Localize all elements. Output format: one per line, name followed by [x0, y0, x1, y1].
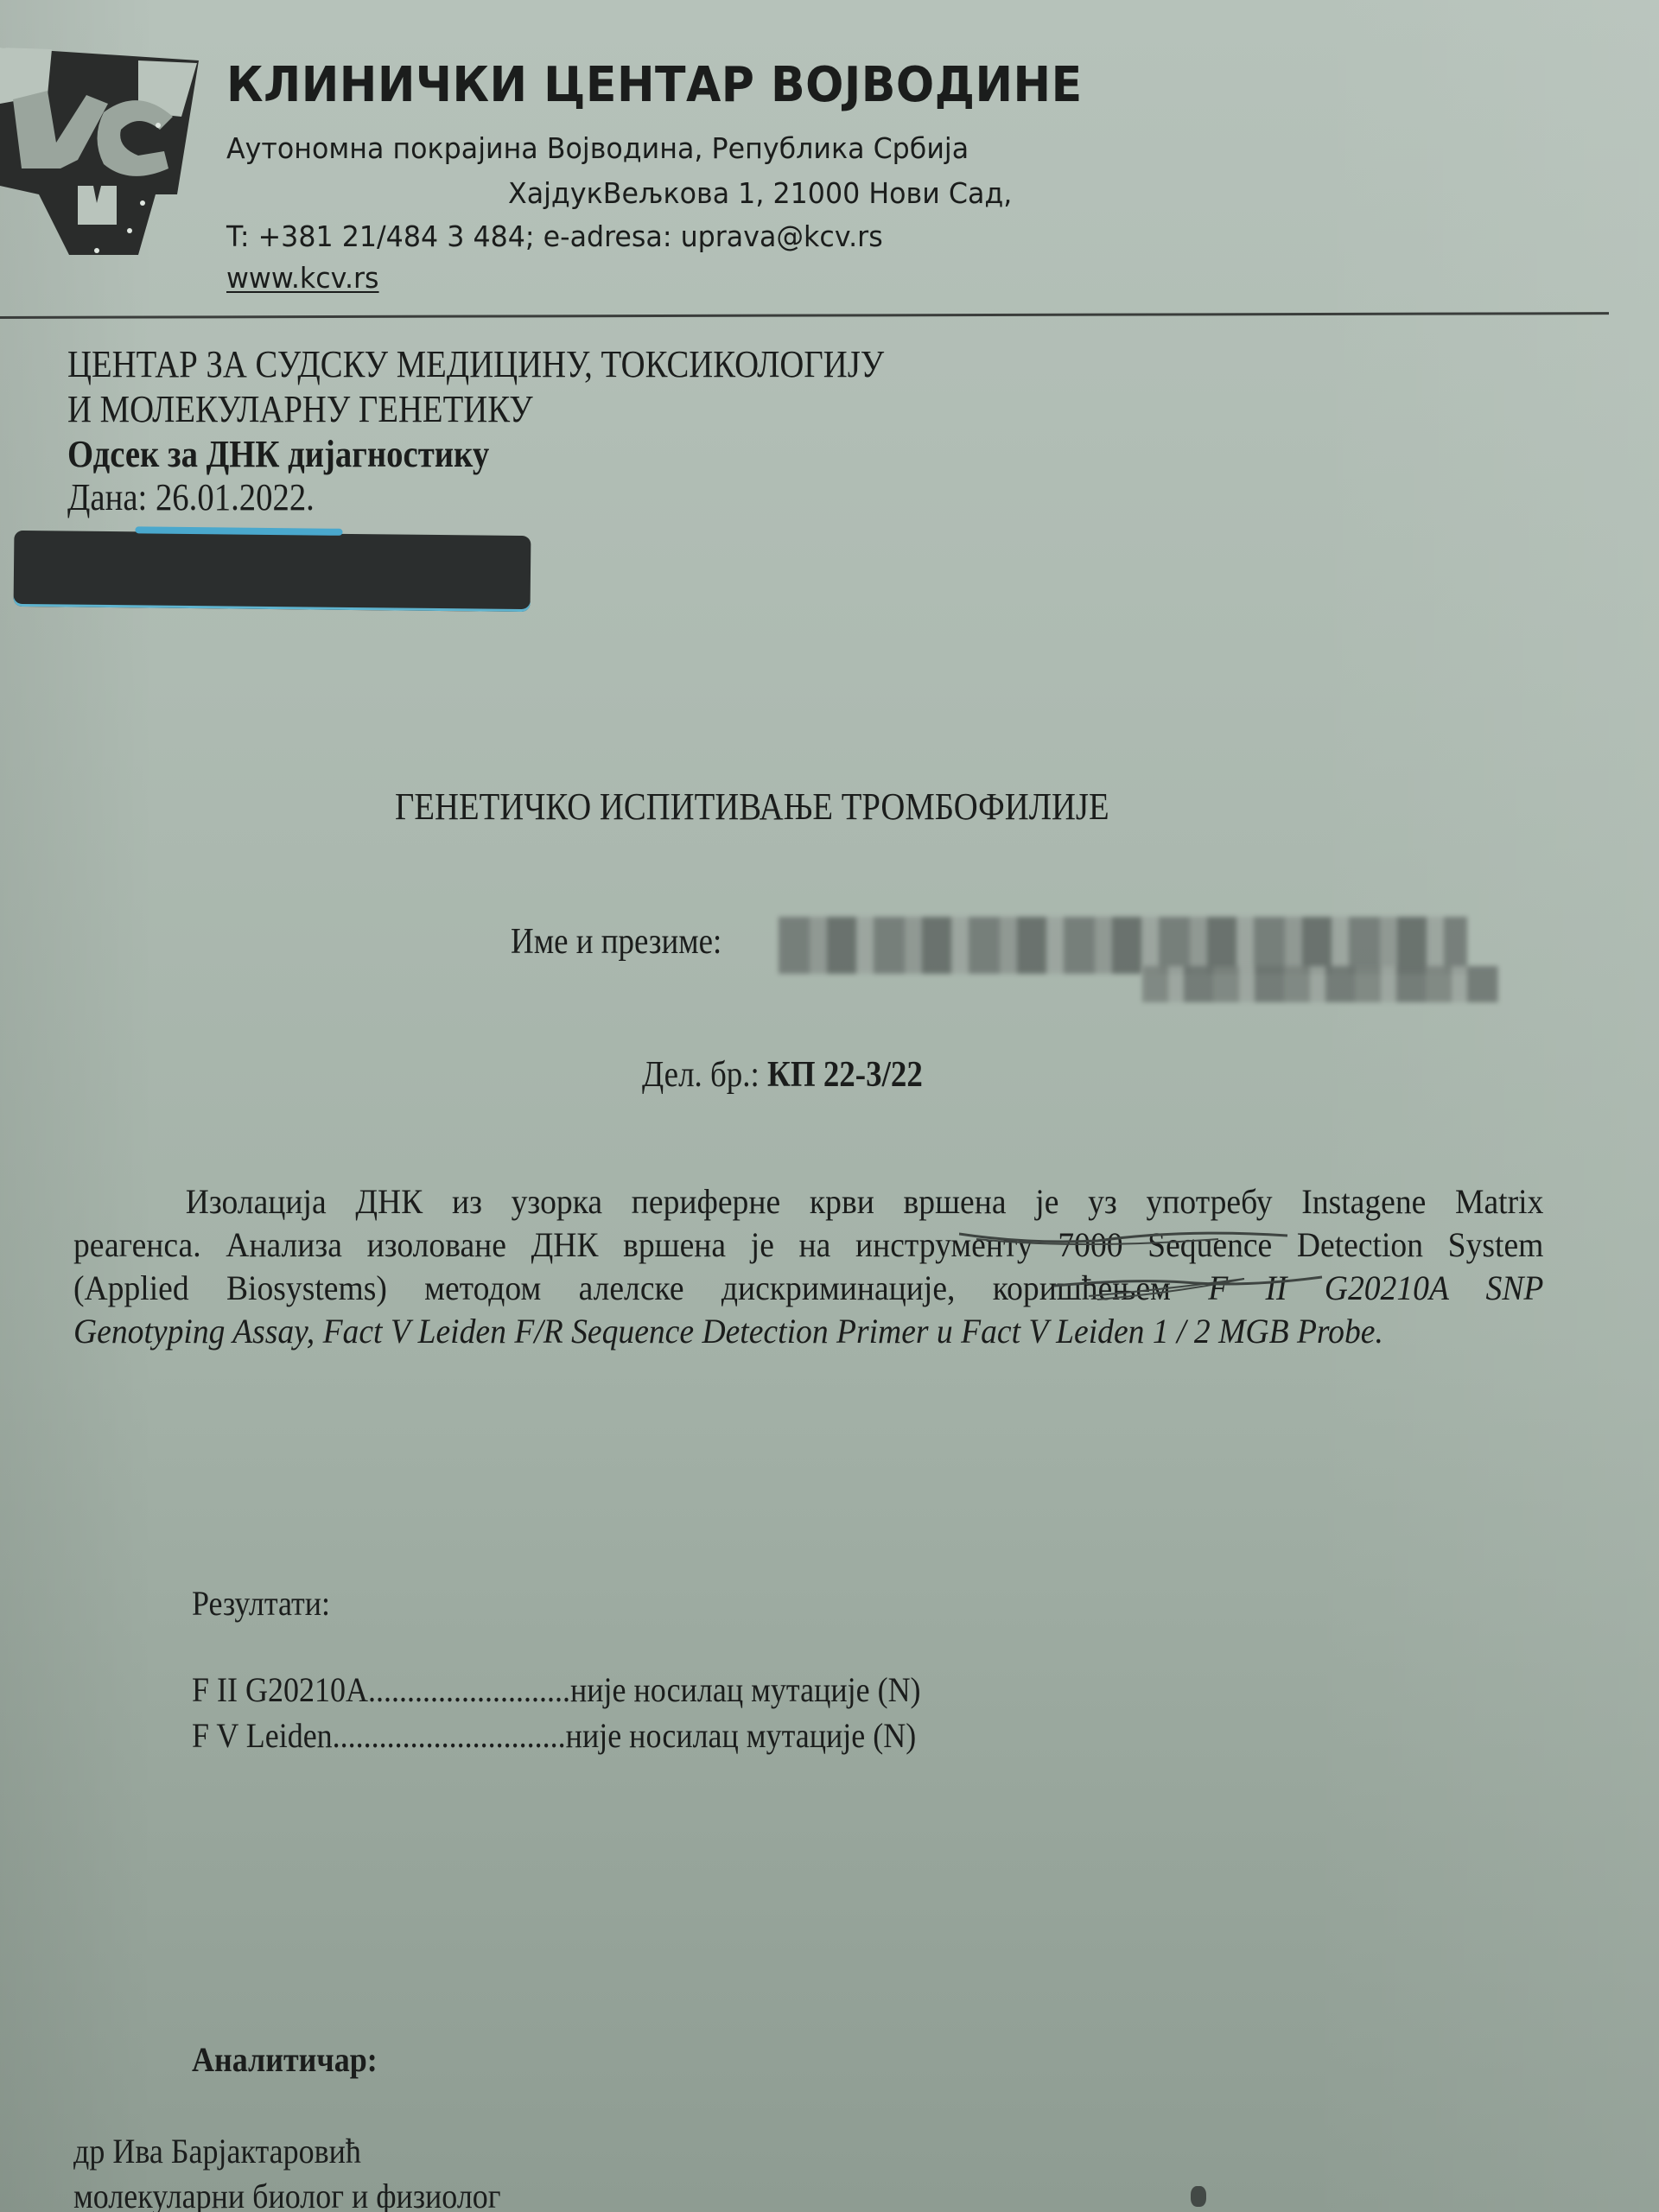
- paper-shadow-left: [0, 0, 156, 2212]
- department-line-1: ЦЕНТАР ЗА СУДСКУ МЕДИЦИНУ, ТОКСИКОЛОГИЈУ: [67, 342, 884, 386]
- pen-underline-scribble: [959, 1210, 1408, 1313]
- result-row: F II G20210A..........................ни…: [192, 1669, 921, 1710]
- document-title: ГЕНЕТИЧКО ИСПИТИВАЊЕ ТРОМБОФИЛИЈЕ: [395, 785, 1109, 829]
- method-line-4-assay: Genotyping Assay, Fact V Leiden F/R Sequ…: [73, 1312, 1383, 1351]
- analyst-label: Аналитичар:: [192, 2039, 378, 2080]
- result-marker: F II G20210A: [192, 1670, 368, 1709]
- case-number-line: Дел. бр.: КП 22-3/22: [642, 1054, 923, 1096]
- method-line-4: Genotyping Assay, Fact V Leiden F/R Sequ…: [73, 1310, 1543, 1353]
- contact-line: T: +381 21/484 3 484; e-adresa: uprava@k…: [226, 219, 883, 253]
- analyst-name: др Ива Барјактаровић: [73, 2131, 361, 2171]
- result-leader-dots: ..........................: [368, 1670, 570, 1709]
- result-value: није носилац мутације (N): [570, 1670, 921, 1709]
- region-line: Аутономна покрајина Војводина, Република…: [226, 131, 969, 165]
- paper-highlight-right: [1296, 0, 1659, 2212]
- institution-name: КЛИНИЧКИ ЦЕНТАР ВОЈВОДИНЕ: [226, 57, 1083, 113]
- date-line: Дана: 26.01.2022.: [67, 475, 315, 519]
- kcv-logo-icon: [0, 22, 199, 259]
- analyst-role: молекуларни биолог и физиолог: [73, 2176, 501, 2212]
- website-link[interactable]: www.kcv.rs: [226, 261, 379, 295]
- name-label: Име и презиме:: [511, 921, 721, 963]
- result-leader-dots: ..............................: [333, 1716, 566, 1755]
- section-name: Одсек за ДНК дијагностику: [67, 432, 489, 476]
- redacted-marker-block: [14, 531, 531, 612]
- address-line: ХајдукВељкова 1, 21000 Нови Сад,: [508, 176, 1012, 210]
- case-number: КП 22-3/22: [767, 1055, 923, 1095]
- ink-speck: [1191, 2186, 1206, 2207]
- result-marker: F V Leiden: [192, 1716, 333, 1755]
- case-label: Дел. бр.:: [642, 1055, 760, 1095]
- result-row: F V Leiden..............................…: [192, 1715, 916, 1756]
- results-label: Резултати:: [192, 1583, 330, 1624]
- department-line-2: И МОЛЕКУЛАРНУ ГЕНЕТИКУ: [67, 387, 533, 431]
- result-value: није носилац мутације (N): [566, 1716, 917, 1755]
- redacted-name-line-2: [1142, 966, 1498, 1002]
